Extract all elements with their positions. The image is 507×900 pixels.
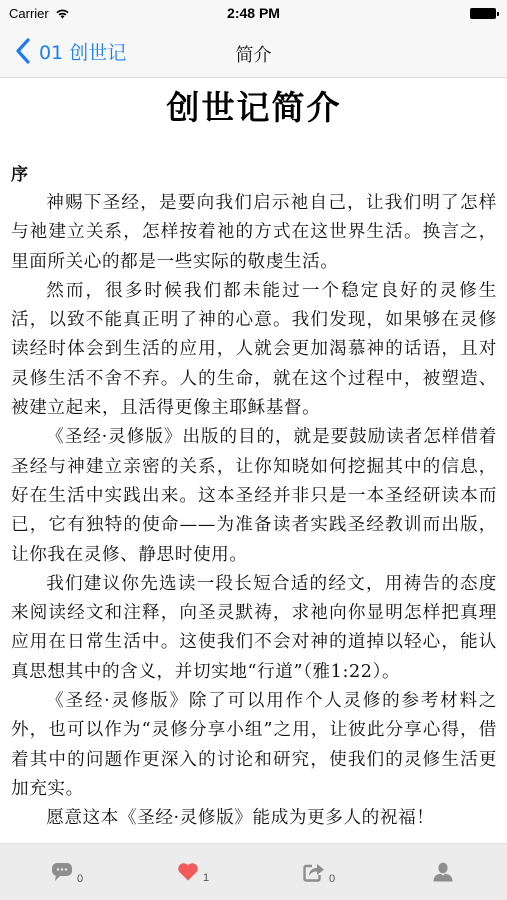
- paragraph: 《圣经·灵修版》除了可以用作个人灵修的参考材料之外，也可以作为“灵修分享小组”之…: [11, 687, 497, 804]
- bottom-toolbar: 0 1 0: [0, 843, 507, 900]
- share-button[interactable]: 0: [303, 862, 335, 882]
- share-icon: [303, 862, 325, 882]
- paragraph: 神赐下圣经，是要向我们启示祂自己，让我们明了怎样与祂建立关系，怎样按着祂的方式在…: [11, 189, 497, 277]
- app-screen: Carrier 2:48 PM 01 创世记 简介 创世记简介 序 神赐下圣经，…: [0, 0, 507, 900]
- comment-button[interactable]: 0: [51, 862, 83, 882]
- battery-tip: [497, 12, 499, 16]
- navigation-bar: 01 创世记 简介: [0, 28, 507, 78]
- like-count: 1: [203, 872, 209, 884]
- share-count: 0: [329, 873, 335, 885]
- section-heading: 序: [11, 161, 497, 189]
- status-right: [470, 8, 499, 19]
- paragraph: 愿意这本《圣经·灵修版》能成为更多人的祝福！: [11, 804, 497, 833]
- profile-button[interactable]: [432, 862, 454, 882]
- article-content[interactable]: 创世记简介 序 神赐下圣经，是要向我们启示祂自己，让我们明了怎样与祂建立关系，怎…: [0, 79, 507, 843]
- comment-count: 0: [77, 873, 83, 885]
- page-title: 简介: [0, 41, 507, 67]
- like-button[interactable]: 1: [177, 862, 209, 881]
- paragraph: 然而，很多时候我们都未能过一个稳定良好的灵修生活，以致不能真正明了神的心意。我们…: [11, 277, 497, 423]
- heart-icon: [177, 862, 199, 881]
- status-time: 2:48 PM: [0, 5, 507, 21]
- paragraph: 《圣经·灵修版》出版的目的，就是要鼓励读者怎样借着圣经与神建立亲密的关系，让你知…: [11, 423, 497, 569]
- status-bar: Carrier 2:48 PM: [0, 0, 507, 28]
- paragraph: 我们建议你先选读一段长短合适的经文，用祷告的态度来阅读经文和注释，向圣灵默祷，求…: [11, 570, 497, 687]
- comment-bubble-icon: [51, 862, 73, 882]
- battery-icon: [470, 8, 496, 19]
- user-icon: [432, 862, 454, 882]
- article-title: 创世记简介: [11, 85, 497, 137]
